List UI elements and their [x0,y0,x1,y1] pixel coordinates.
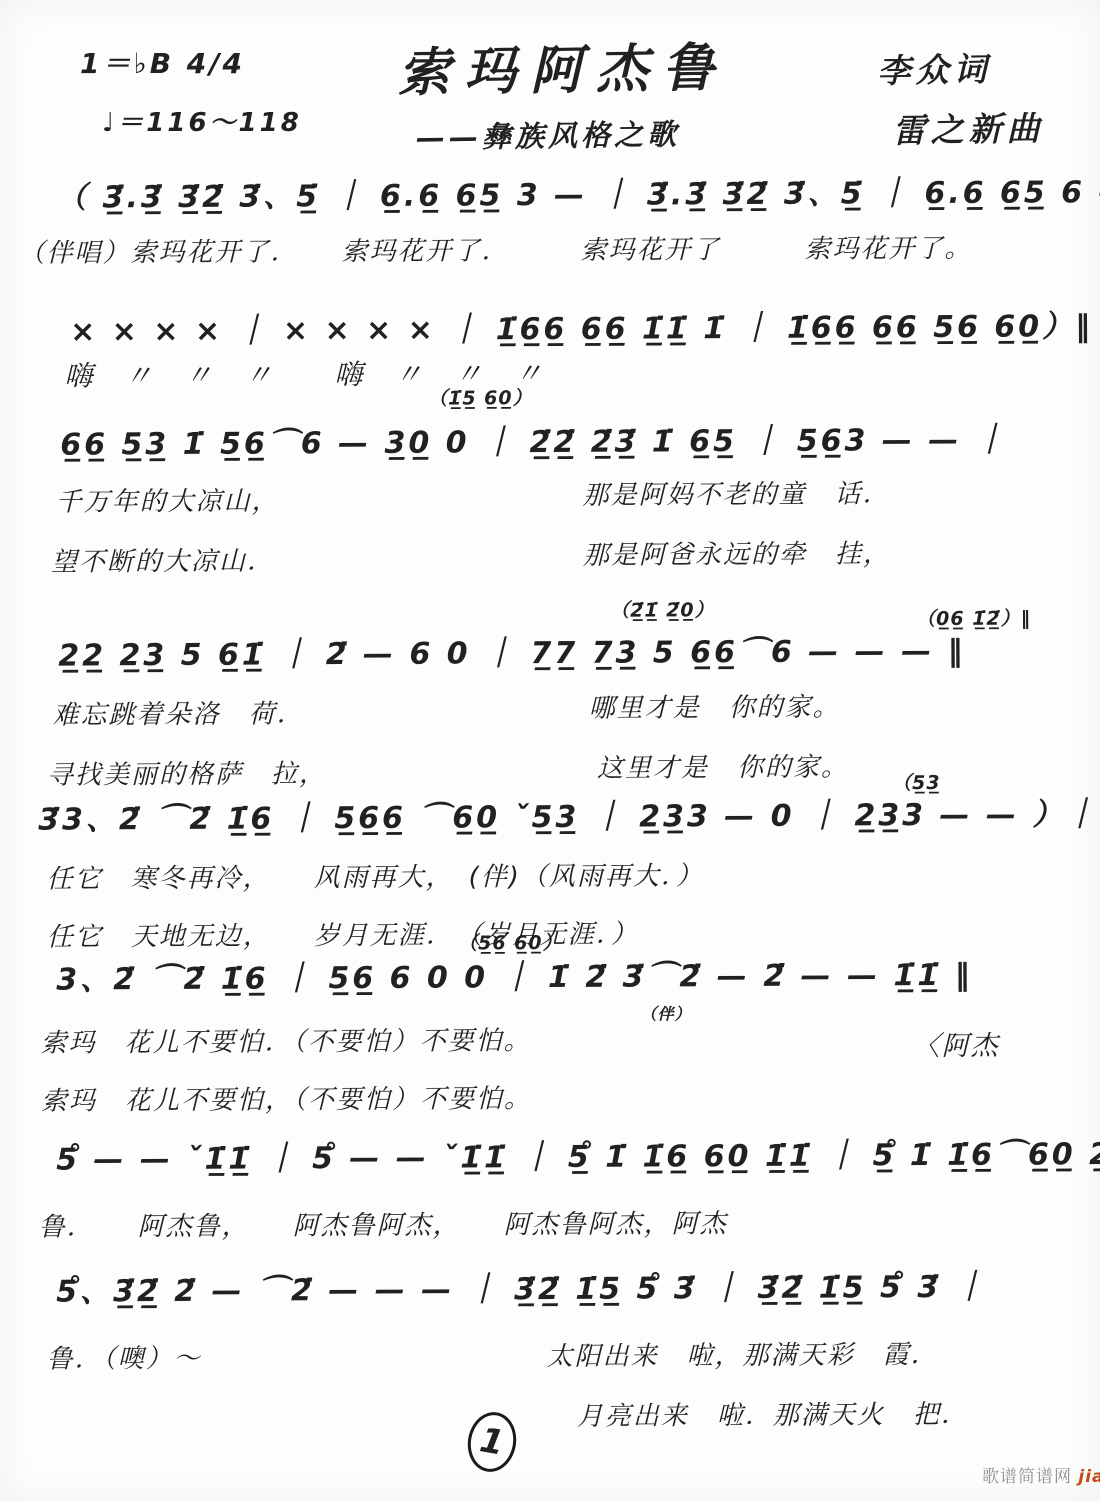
system-6-lyrics-verse2: 索玛 花儿不要怕，（不要怕）不要怕。 [41,1078,532,1118]
system-1-lyrics: （伴唱）索玛花开了． 索玛花开了． 索玛花开了 索玛花开了。 [18,228,972,270]
system-3-notation: 6̲6̲ 5̲3̲ 1̇ 5̲6̲⌒6 — 3̲0̲ 0 ｜ 2̲̇2̲̇ 2̲… [60,415,1008,464]
system-8-notation: 5̊、3̲̇2̲̇ 2̇ — ⌒2̇ — — — ｜ 3̲̇2̲̇ 1̲̇5̲ … [56,1262,988,1311]
system-7-notation: 5̊ — — ˇ1̲̇1̲̇ ｜ 5̊ — — ˇ1̲̇1̲̇ ｜ 5̲̊ 1̇… [56,1129,1100,1179]
page-number: 1 [477,1420,507,1464]
system-3-annotation: （1̲̇5̲ 6̲0̲） [428,383,533,411]
system-4-annotation-1: （2̲̇1̲̇ 2̲̇0̲） [610,595,715,623]
key-signature: 1＝♭B 4/4 [80,42,245,82]
system-6-notation: 3、2̇ ⌒2̇ 1̲̇6̲ ｜ 5̲6̲ 6 0 0 ｜ 1̇ 2̇ 3̇⌒2… [56,950,973,999]
system-4-notation: 2̲2̲ 2̲3̲ 5 6̲1̲̇ ｜ 2̇ — 6 0 ｜ 7̲7̲ 7̲3̲… [58,626,966,675]
music-system-1: （ 3̲̇.3̲̇ 3̲̇2̲̇ 3̇、5̲̇ ｜ 6̲.6̲ 6̲5̲ 3 —… [0,165,1100,171]
system-5-lyrics-verse1: 任它 寒冬再冷， 风雨再大， (伴)（风雨再大．） [46,855,703,895]
system-8-lyrics-left: 鲁．（噢）〜 [46,1338,201,1376]
system-4-lyrics-verse2-right: 这里才是 你的家。 [597,746,849,784]
lyricist-credit: 李众词 [877,39,1044,102]
page-number-badge: 1 [463,1408,521,1475]
music-system-7: 5̊ — — ˇ1̲̇1̲̇ ｜ 5̊ — — ˇ1̲̇1̲̇ ｜ 5̲̊ 1̇… [0,1119,1100,1125]
system-7-lyrics: 鲁． 阿杰鲁， 阿杰鲁阿杰， 阿杰鲁阿杰，阿杰 [38,1203,727,1244]
system-2-notation: × × × × ｜ × × × × ｜ 1̲̇6̲6̲ 6̲6̲ 1̲̇1̲̇ … [70,301,1093,350]
system-3-lyrics-verse1-right: 那是阿妈不老的童 话． [582,473,890,512]
watermark: 歌谱简谱网 jianpu.cn [982,1462,1100,1487]
system-4-lyrics-verse1-left: 难忘跳着朵洛 荷． [53,693,305,731]
system-3-lyrics-verse2-left: 望不断的大凉山． [51,540,275,578]
composer-credit: 雷之新曲 [892,99,1045,162]
system-8-lyrics-right-line2: 月亮出来 啦．那满天火 把． [577,1394,969,1433]
system-3-lyrics-verse2-right: 那是阿爸永远的牵 挂， [583,533,891,572]
sheet-music-page: 1＝♭B 4/4 ♩＝116～118 索玛阿杰鲁 ——彝族风格之歌 李众词 雷之… [0,0,1100,1501]
system-5-notation: 3̇3、2̇ ⌒2̇ 1̲̇6̲ ｜ 5̲6̲6̲ ⌒6̲0̲ ˇ5̲3̲ ｜ … [38,789,1098,839]
watermark-site-name: 歌谱简谱网 [982,1467,1078,1487]
music-system-4: （2̲̇1̲̇ 2̲̇0̲） （0̲6̲ 1̲̇2̲̇）‖ 2̲2̲ 2̲3̲ … [0,593,1100,599]
music-system-2: × × × × ｜ × × × × ｜ 1̲̇6̲6̲ 6̲6̲ 1̲̇1̲̇ … [0,295,1100,301]
system-6-pickup-lyric: 〈阿杰 [913,1024,1000,1063]
watermark-domain: jianpu.cn [1078,1467,1100,1487]
system-8-lyrics-right-line1: 太阳出来 啦，那满天彩 霞． [546,1334,938,1373]
song-title: 索玛阿杰鲁 [397,25,728,106]
system-1-notation: （ 3̲̇.3̲̇ 3̲̇2̲̇ 3̇、5̲̇ ｜ 6̲.6̲ 6̲5̲ 3 —… [56,167,1100,217]
credits: 李众词 雷之新曲 [877,39,1045,162]
system-3-lyrics-verse1-left: 千万年的大凉山， [56,480,280,518]
system-4-lyrics-verse1-right: 哪里才是 你的家。 [588,686,840,724]
system-6-lyrics-verse1: 索玛 花儿不要怕．（不要怕）不要怕。 [40,1020,531,1060]
music-system-8: 5̊、3̲̇2̲̇ 2̇ — ⌒2̇ — — — ｜ 3̲̇2̲̇ 1̲̇5̲ … [0,1253,1100,1259]
system-6-accompaniment-mark: （伴） [640,1001,691,1024]
song-subtitle: ——彝族风格之歌 [416,112,681,157]
tempo-marking: ♩＝116～118 [102,102,302,139]
system-4-lyrics-verse2-left: 寻找美丽的格萨 拉， [47,753,327,791]
